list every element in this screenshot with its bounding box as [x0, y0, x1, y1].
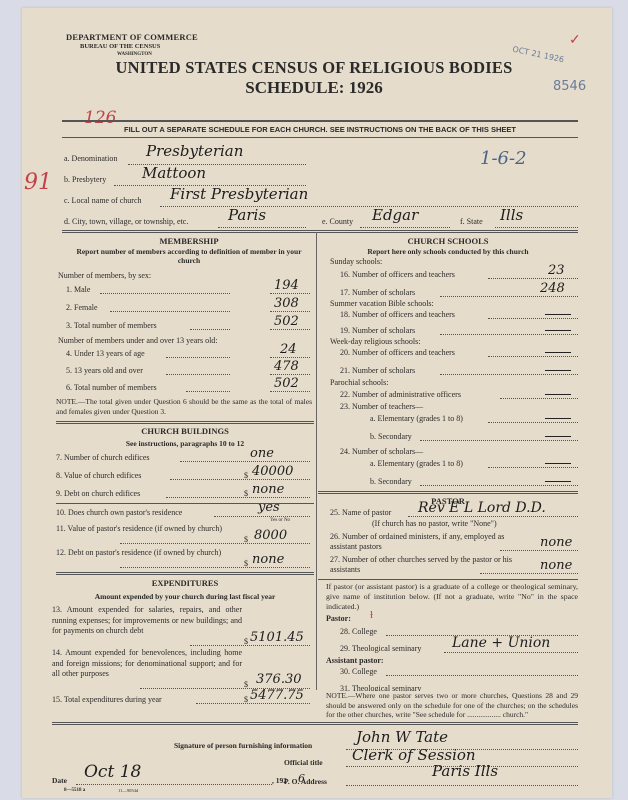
- membership-total2-value: 502: [274, 376, 299, 391]
- stamp-number: 8546: [553, 79, 586, 94]
- college-label: 28. College: [340, 627, 377, 636]
- expenditure-item-label: 14. Amount expended for benevolences, in…: [52, 648, 242, 680]
- sunday-schools-label: Sunday schools:: [330, 257, 382, 266]
- buildings-subtitle: See instructions, paragraphs 10 to 12: [56, 439, 314, 448]
- assistants-label: 26. Number of ordained ministers, if any…: [330, 532, 530, 552]
- parochial-schools-label: Parochial schools:: [330, 378, 388, 387]
- city-label: d. City, town, village, or township, etc…: [64, 217, 188, 226]
- po-address-value: Paris Ills: [432, 762, 498, 780]
- pastor-edu-label: Pastor:: [326, 614, 351, 623]
- membership-subtitle: Report number of members according to de…: [72, 247, 306, 265]
- pastor-name-label: 25. Name of pastor: [330, 508, 391, 517]
- school-item-label: 19. Number of scholars: [340, 326, 415, 335]
- print-number: 11—9054d: [118, 788, 138, 793]
- residence-value: 8000: [254, 528, 287, 543]
- other-churches-label: 27. Number of other churches served by t…: [330, 555, 530, 575]
- residence-debt-value: none: [252, 552, 284, 567]
- school-item-label: a. Elementary (grades 1 to 8): [370, 459, 463, 468]
- membership-item-label: 3. Total number of members: [66, 321, 157, 330]
- summer-schools-label: Summer vacation Bible schools:: [330, 299, 434, 308]
- bureau-heading: BUREAU OF THE CENSUS: [80, 43, 160, 50]
- state-label: f. State: [460, 217, 483, 226]
- buildings-title: CHURCH BUILDINGS: [56, 426, 314, 436]
- buildings-item-label: 8. Value of church edifices: [56, 471, 141, 480]
- expenditures-title: EXPENDITURES: [56, 578, 314, 588]
- membership-male-value: 194: [274, 278, 299, 293]
- buildings-item-label: 10. Does church own pastor's residence: [56, 508, 182, 517]
- pastor-note: NOTE.—Where one pastor serves two or mor…: [326, 691, 578, 720]
- presbytery-label: b. Presbytery: [64, 175, 106, 184]
- seminary-label: 29. Theological seminary: [340, 644, 421, 653]
- running-expenses-value: 5101.45: [250, 630, 304, 645]
- membership-under13-value: 24: [280, 342, 297, 357]
- page-title: UNITED STATES CENSUS OF RELIGIOUS BODIES: [0, 58, 628, 78]
- instruction-banner: FILL OUT A SEPARATE SCHEDULE FOR EACH CH…: [62, 120, 578, 138]
- denomination-value: Presbyterian: [146, 142, 243, 160]
- school-item-label: 23. Number of teachers—: [340, 402, 423, 411]
- asst-college-label: 30. College: [340, 667, 377, 676]
- buildings-item-label: 12. Debt on pastor's residence (if owned…: [56, 548, 226, 558]
- benevolences-value: 376.30: [256, 672, 302, 687]
- school-item-label: 24. Number of scholars—: [340, 447, 423, 456]
- membership-note: NOTE.—The total given under Question 6 s…: [56, 397, 312, 417]
- seminary-value: Lane + Union: [452, 635, 550, 651]
- signature-label: Signature of person furnishing informati…: [174, 741, 312, 750]
- owns-residence-value: yes: [258, 500, 280, 515]
- membership-item-label: 5. 13 years old and over: [66, 366, 143, 375]
- local-name-label: c. Local name of church: [64, 196, 142, 205]
- county-label: e. County: [322, 217, 353, 226]
- city-value: Paris: [228, 206, 266, 224]
- education-note: If pastor (or assistant pastor) is a gra…: [326, 582, 578, 612]
- department-heading: DEPARTMENT OF COMMERCE: [66, 32, 198, 42]
- membership-13plus-value: 478: [274, 359, 299, 374]
- presbytery-value: Mattoon: [142, 164, 206, 182]
- local-name-value: First Presbyterian: [170, 185, 308, 203]
- signature-value: John W Tate: [356, 728, 448, 746]
- assistants-value: none: [540, 535, 572, 550]
- edifices-count-value: one: [250, 446, 274, 461]
- denomination-label: a. Denomination: [64, 154, 117, 163]
- school-item-label: 21. Number of scholars: [340, 366, 415, 375]
- pastor-name-hint: (If church has no pastor, write "None"): [372, 519, 497, 528]
- weekday-schools-label: Week-day religious schools:: [330, 337, 420, 346]
- membership-total-value: 502: [274, 314, 299, 329]
- date-value: Oct 18: [84, 762, 141, 782]
- by-sex-label: Number of members, by sex:: [58, 271, 151, 280]
- schools-subtitle: Report here only schools conducted by th…: [318, 247, 578, 256]
- official-title-label: Official title: [284, 758, 323, 767]
- edifices-debt-value: none: [252, 482, 284, 497]
- membership-title: MEMBERSHIP: [62, 236, 316, 246]
- checkmark-icon: ✓: [569, 32, 581, 49]
- total-expenditures-value: 5477.75: [250, 688, 304, 703]
- yes-no-hint: Yes or No: [270, 518, 290, 523]
- pastor-name-value: Rev E L Lord D.D.: [418, 500, 546, 516]
- school-item-label: 20. Number of officers and teachers: [340, 348, 455, 357]
- school-item-label: b. Secondary: [370, 432, 412, 441]
- school-item-label: a. Elementary (grades 1 to 8): [370, 414, 463, 423]
- po-address-label: P. O. Address: [284, 777, 327, 786]
- other-churches-value: none: [540, 558, 572, 573]
- expenditures-subtitle: Amount expended by your church during la…: [56, 592, 314, 601]
- sunday-scholars-value: 248: [540, 281, 565, 296]
- membership-item-label: 1. Male: [66, 285, 90, 294]
- buildings-item-label: 9. Debt on church edifices: [56, 489, 140, 498]
- sunday-teachers-value: 23: [548, 263, 565, 278]
- red-margin-mark: 91: [24, 170, 52, 195]
- school-item-label: 18. Number of officers and teachers: [340, 310, 455, 319]
- membership-item-label: 6. Total number of members: [66, 383, 157, 392]
- membership-female-value: 308: [274, 296, 299, 311]
- schools-title: CHURCH SCHOOLS: [318, 236, 578, 246]
- form-number: 8—5518 a: [64, 788, 85, 793]
- page-subtitle: SCHEDULE: 1926: [0, 78, 628, 98]
- blue-code-annotation: 1-6-2: [480, 148, 527, 169]
- school-item-label: 22. Number of administrative officers: [340, 390, 461, 399]
- red-tick-icon: ɫ: [370, 609, 373, 621]
- expenditure-item-label: 13. Amount expended for salaries, repair…: [52, 605, 242, 637]
- buildings-item-label: 11. Value of pastor's residence (if owne…: [56, 524, 226, 534]
- city-heading: WASHINGTON: [117, 52, 152, 57]
- assistant-pastor-label: Assistant pastor:: [326, 656, 384, 665]
- county-value: Edgar: [372, 206, 418, 224]
- school-item-label: 16. Number of officers and teachers: [340, 270, 455, 279]
- membership-item-label: 4. Under 13 years of age: [66, 349, 145, 358]
- age-label: Number of members under and over 13 year…: [58, 336, 218, 345]
- expenditure-item-label: 15. Total expenditures during year: [52, 695, 162, 704]
- school-item-label: b. Secondary: [370, 477, 412, 486]
- edifices-value: 40000: [252, 464, 293, 479]
- date-label: Date: [52, 776, 67, 785]
- buildings-item-label: 7. Number of church edifices: [56, 453, 150, 462]
- school-item-label: 17. Number of scholars: [340, 288, 415, 297]
- membership-item-label: 2. Female: [66, 303, 98, 312]
- state-value: Ills: [500, 206, 523, 224]
